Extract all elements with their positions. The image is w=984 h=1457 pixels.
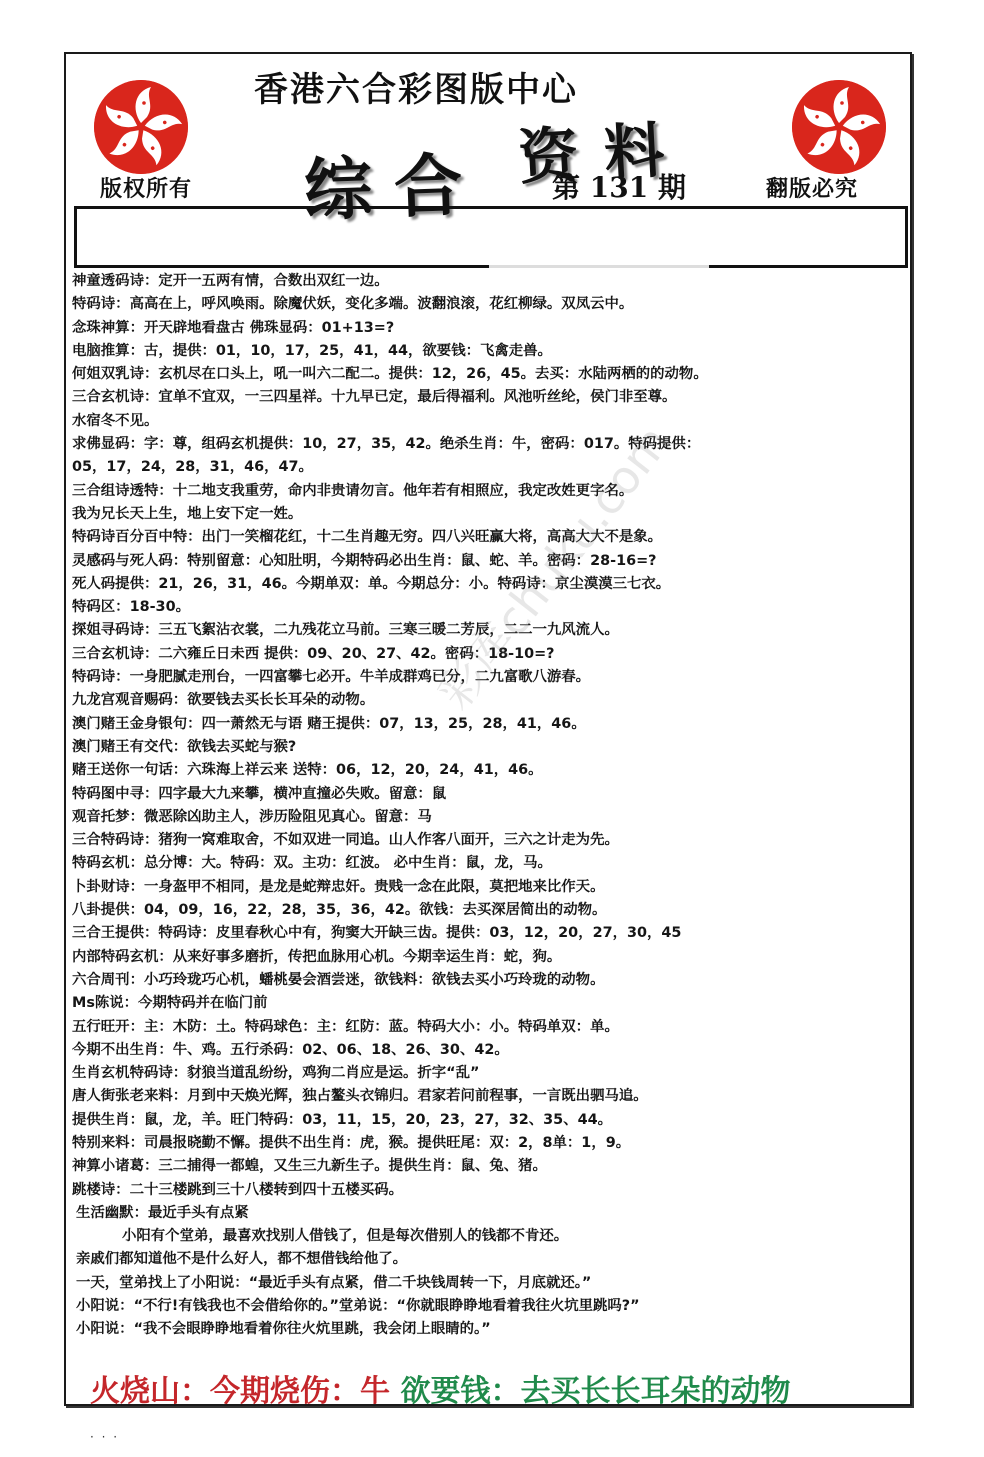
text-line: 内部特码玄机：从来好事多磨折，传把血脉用心机。今期幸运生肖：蛇，狗。 bbox=[72, 946, 908, 969]
text-line: 五行旺开：主：木防：土。特码球色：主：红防：蓝。特码大小：小。特码单双：单。 bbox=[72, 1016, 908, 1039]
text-line: 灵感码与死人码：特别留意：心知肚明，今期特码必出生肖：鼠、蛇、羊。密码：28-1… bbox=[72, 550, 908, 573]
bauhinia-logo-right bbox=[792, 80, 886, 174]
bauhinia-flower-icon bbox=[792, 80, 886, 174]
content-lines: 神童透码诗：定开一五两有情，合数出双红一边。 特码诗：高高在上，呼风唤雨。除魔伏… bbox=[72, 270, 908, 1342]
text-line: 九龙宫观音赐码：欲要钱去买长长耳朵的动物。 bbox=[72, 689, 908, 712]
text-line: 三合组诗透特：十二地支我重劳，命内非贵请勿言。他年若有相照应，我定改姓更字名。 bbox=[72, 480, 908, 503]
footer-banner: 火烧山：今期烧伤：牛 欲要钱：去买长长耳朵的动物 bbox=[90, 1366, 790, 1410]
text-line: 三合特码诗：猪狗一窝难取舍，不如双进一同追。山人作客八面开，三六之计走为先。 bbox=[72, 829, 908, 852]
text-line: 05，17，24，28，31，46，47。 bbox=[72, 456, 908, 479]
text-line: 跳楼诗：二十三楼跳到三十八楼转到四十五楼买码。 bbox=[72, 1179, 908, 1202]
text-line: 特码诗百分百中特：出门一笑榴花红，十二生肖趣无穷。四八兴旺赢大将，高高大大不是象… bbox=[72, 526, 908, 549]
text-line: 澳门赌王金身银句：四一萧然无与语 赌王提供：07，13，25，28，41，46。 bbox=[72, 713, 908, 736]
copyright-label: 版权所有 bbox=[100, 172, 192, 203]
story-line: 亲戚们都知道他不是什么好人，都不想借钱给他了。 bbox=[72, 1248, 908, 1271]
text-line: 八卦提供：04，09，16，22，28，35，36，42。欲钱：去买深居简出的动… bbox=[72, 899, 908, 922]
text-line: 六合周刊：小巧玲珑巧心机，蟠桃晏会酒尝迷，欲钱料：欲钱去买小巧玲珑的动物。 bbox=[72, 969, 908, 992]
bauhinia-flower-icon bbox=[94, 80, 188, 174]
text-line: 今期不出生肖：牛、鸡。五行杀码：02、06、18、26、30、42。 bbox=[72, 1039, 908, 1062]
text-line: 探姐寻码诗：三五飞絮沾衣裳，二九残花立马前。三寒三暖二芳辰，二二一九风流人。 bbox=[72, 619, 908, 642]
text-line: 生肖玄机特码诗：豺狼当道乱纷纷，鸡狗二肖应是运。折字“乱” bbox=[72, 1062, 908, 1085]
blank-banner-box bbox=[74, 206, 908, 268]
text-line: 特码诗：一身肥腻走刑台，一四富攀七必开。牛羊成群鸡已分，二九富歌八游春。 bbox=[72, 666, 908, 689]
bottom-marks: · · · bbox=[90, 1430, 119, 1444]
text-line: 特码区：18-30。 bbox=[72, 596, 908, 619]
bauhinia-logo-left bbox=[94, 80, 188, 174]
text-line: 观音托梦：微恶除凶助主人，涉历险阻见真心。留意：马 bbox=[72, 806, 908, 829]
text-line: 唐人街张老来料：月到中天焕光辉，独占鳌头衣锦归。君家若问前程事，一言既出驷马追。 bbox=[72, 1085, 908, 1108]
text-line: 特码玄机：总分博：大。特码：双。主功：红波。 必中生肖：鼠，龙，马。 bbox=[72, 852, 908, 875]
text-line: 求佛显码：字：尊，组码玄机提供：10，27，35，42。绝杀生肖：牛，密码：01… bbox=[72, 433, 908, 456]
document-frame: 香港六合彩图版中心 综合 资料 第 131 期 版权所有 翻版必究 神童透码诗：… bbox=[64, 52, 912, 1406]
text-line: 特码诗：高高在上，呼风唤雨。除魔伏妖，变化多端。波翻浪滚，花红柳绿。双凤云中。 bbox=[72, 293, 908, 316]
text-line: 神童透码诗：定开一五两有情，合数出双红一边。 bbox=[72, 270, 908, 293]
humor-heading: 生活幽默：最近手头有点紧 bbox=[72, 1202, 908, 1225]
text-line: 我为兄长天上生，地上安下定一姓。 bbox=[72, 503, 908, 526]
text-line: 何姐双乳诗：玄机尽在口头上，吼一叫六二配二。提供：12，26，45。去买：水陆两… bbox=[72, 363, 908, 386]
footer-want-money: 欲要钱：去买长长耳朵的动物 bbox=[400, 1374, 790, 1409]
text-line: 死人码提供：21，26，31，46。今期单双：单。今期总分：小。特码诗：京尘漠漠… bbox=[72, 573, 908, 596]
text-line: 提供生肖：鼠，龙，羊。旺门特码：03，11，15，20，23，27，32、35、… bbox=[72, 1109, 908, 1132]
piracy-warning-label: 翻版必究 bbox=[766, 172, 858, 203]
text-line: 电脑推算：古，提供：01，10，17，25，41，44，欲要钱：飞禽走兽。 bbox=[72, 340, 908, 363]
story-line: 小阳说：“不行!有钱我也不会借给你的。”堂弟说：“你就眼睁睁地看着我往火坑里跳吗… bbox=[72, 1295, 908, 1318]
text-line: 卜卦财诗：一身盔甲不相同，是龙是蛇辩忠奸。贵贱一念在此限，莫把地来比作天。 bbox=[72, 876, 908, 899]
story-line: 小阳说：“我不会眼睁睁地看着你往火炕里跳，我会闭上眼睛的。” bbox=[72, 1318, 908, 1341]
footer-fire-mountain: 火烧山：今期烧伤：牛 bbox=[90, 1374, 390, 1409]
text-line: 澳门赌王有交代：欲钱去买蛇与猴? bbox=[72, 736, 908, 759]
text-line: 念珠神算：开天辟地看盘古 佛珠显码：01+13=? bbox=[72, 317, 908, 340]
issue-number: 第 131 期 bbox=[552, 166, 686, 206]
text-line: 三合玄机诗：二六雍丘日未西 提供：09、20、27、42。密码：18-10=? bbox=[72, 643, 908, 666]
text-line: 神算小诸葛：三二捕得一都蝗，又生三九新生子。提供生肖：鼠、兔、猪。 bbox=[72, 1155, 908, 1178]
story-line: 小阳有个堂弟，最喜欢找别人借钱了，但是每次借别人的钱都不肯还。 bbox=[72, 1225, 908, 1248]
text-line: 赌王送你一句话：六珠海上祥云来 送特：06，12，20，24，41，46。 bbox=[72, 759, 908, 782]
text-line: 三合王提供：特码诗：皮里春秋心中有，狗窦大开缺三齿。提供：03，12，20，27… bbox=[72, 922, 908, 945]
text-line: 三合玄机诗：宜单不宜双，一三四星祥。十九早已定，最后得福利。风池听丝纶，侯门非至… bbox=[72, 386, 908, 409]
text-line: 特别来料：司晨报晓勤不懈。提供不出生肖：虎，猴。提供旺尾：双：2，8单：1，9。 bbox=[72, 1132, 908, 1155]
story-line: 一天，堂弟找上了小阳说：“最近手头有点紧，借二千块钱周转一下，月底就还。” bbox=[72, 1272, 908, 1295]
main-title: 香港六合彩图版中心 bbox=[254, 62, 578, 111]
text-line: 水宿冬不见。 bbox=[72, 410, 908, 433]
text-line: 特码图中寻：四字最大九来攀，横冲直撞必失败。留意：鼠 bbox=[72, 783, 908, 806]
text-line: Ms陈说：今期特码并在临门前 bbox=[72, 992, 908, 1015]
box-gap bbox=[489, 265, 709, 268]
